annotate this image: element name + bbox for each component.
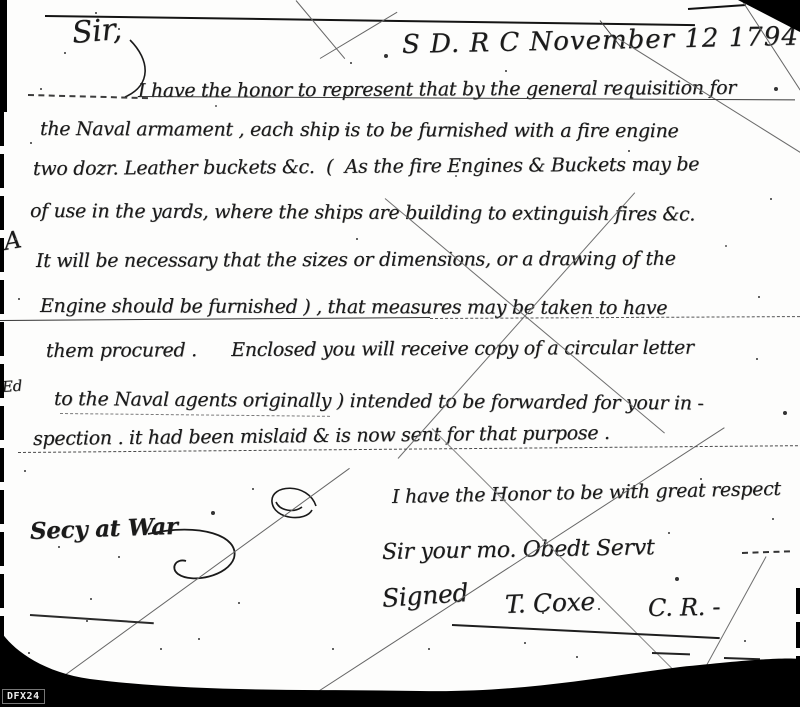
scratch-line [742, 550, 790, 554]
scratch-line [296, 0, 346, 59]
body-line: to the Naval agents originally ) intende… [54, 388, 704, 415]
scratch-line [295, 427, 725, 707]
scratch-line [688, 4, 746, 10]
body-line: spection . it had been mislaid & is now … [33, 422, 610, 450]
scratch-line [30, 614, 154, 624]
scratch-line [0, 317, 430, 321]
right-scan-edge [796, 588, 800, 663]
scratch-line [452, 624, 720, 639]
docket-secy-at-war: Secy at War [30, 513, 179, 545]
scratch-line [28, 94, 148, 99]
scratch-line [684, 556, 767, 706]
scratch-line [45, 15, 695, 26]
body-line: Engine should be furnished ) , that meas… [40, 295, 667, 319]
scanned-letter-page: Sir, S D. R C November 12 1794 I have th… [0, 0, 800, 707]
body-line: the Naval armament , each ship is to be … [40, 118, 679, 142]
left-scan-edge [0, 112, 4, 657]
scratch-line [30, 468, 350, 701]
margin-mark: Ed [1, 377, 22, 396]
scratch-line [60, 413, 330, 417]
signature-suffix: C. R. - [648, 593, 721, 622]
signed-label: Signed [381, 578, 469, 613]
margin-mark: A [2, 225, 24, 256]
corner-label: DFX24 [2, 689, 45, 704]
scratch-line [398, 192, 636, 458]
body-line: two dozr. Leather buckets &c. ( As the f… [33, 153, 699, 180]
closing-line: I have the Honor to be with great respec… [392, 478, 781, 508]
scratch-line [432, 428, 706, 702]
left-scan-edge [0, 0, 7, 112]
body-line: of use in the yards, where the ships are… [30, 200, 695, 225]
bottom-scan-edge [0, 617, 800, 707]
closing-spiral-flourish [262, 478, 322, 524]
body-line: It will be necessary that the sizes or d… [36, 248, 676, 272]
signature-name: T. Coxe [504, 587, 595, 619]
scratch-line [724, 657, 760, 660]
dateline: S D. R C November 12 1794 [402, 22, 799, 60]
body-line: them procured . Enclosed you will receiv… [46, 337, 694, 362]
